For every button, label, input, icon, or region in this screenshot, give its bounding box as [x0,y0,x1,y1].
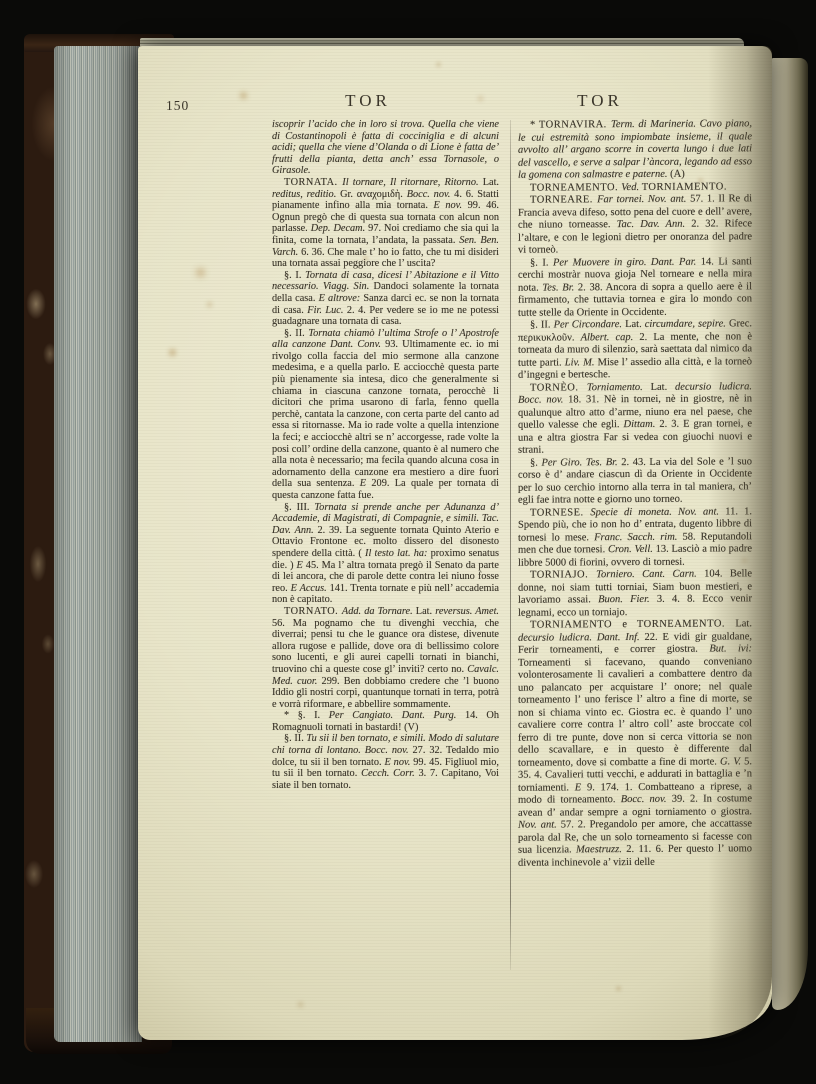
text-segment: 6. 36. Che male t’ ho io fatto, che tu m… [272,247,499,270]
text-segment: Far tornei. Nov. ant. [597,194,690,206]
text-segment: * §. I. [284,710,329,721]
text-segment: Liv. M. [565,357,598,368]
running-head-right: TOR [530,91,670,111]
paragraph: TORNATO. Add. da Tornare. Lat. reversus.… [272,606,499,710]
facing-page-edge [772,58,808,1010]
text-segment: Tes. Br. [542,282,578,293]
text-segment: E nov. [434,200,468,211]
text-segment: Cron. Vell. [608,544,656,555]
text-segment: reditus, reditio. [272,189,340,200]
entry-headword: TORNESE. [530,507,590,518]
entry-headword: TORNIAMENTO [530,619,622,631]
text-segment: Bocc. nov. [621,794,672,805]
paragraph: iscoprir l’acido che in loro si trova. Q… [272,119,499,177]
running-head-left: TOR [288,91,448,111]
text-segment: Albert. cap. [581,331,640,342]
text-segment: decursio ludicra. Dant. Inf. [518,631,644,643]
text-segment: Add. da Tornare. [342,606,416,617]
paragraph: §. II. Tornata chiamò l’ultima Strofe o … [272,328,499,502]
text-segment: (A) [670,169,685,180]
text-segment: Ved. [621,181,641,192]
text-segment: 93. Ultimamente ec. io mi rivolgo colla … [272,339,499,489]
text-segment: Franc. Sacch. rim. [594,531,682,543]
text-segment: Lat. [651,381,675,392]
entry-headword: TORNIAJO. [530,569,596,580]
text-segment: E [575,782,587,793]
text-segment: §. I. [530,257,553,268]
text-segment: Fir. Luc. [307,305,347,316]
page-number: 150 [166,98,189,114]
book-page: 150 TOR TOR iscoprir l’acido che in loro… [138,46,772,1040]
text-segment: Nov. ant. [518,819,561,830]
text-segment: Maestruzz. [576,844,626,855]
text-segment: Buon. Fier. [598,594,657,605]
text-segment: §. II. [284,328,308,339]
column-left: iscoprir l’acido che in loro si trova. Q… [272,119,499,791]
text-segment: Torniero. Cant. Carn. [596,569,704,581]
text-segment: E Accus. [291,583,330,594]
page-edges [54,46,142,1042]
text-segment: Bocc. nov. [407,189,454,200]
text-segment: §. II. [284,733,306,744]
text-segment: Dep. Decam. [311,223,368,234]
entry-headword: TORNÈO. [530,382,587,393]
paragraph: * §. I. Per Cangiato. Dant. Purg. 14. Oh… [272,710,499,733]
text-segment: Lat. [416,606,435,617]
text-segment: Per Giro. Tes. Br. [541,457,621,468]
text-segment: iscoprir l’acido che in loro si trova. Q… [272,119,499,176]
entry-headword: TORNEARE. [530,194,597,205]
text-segment: §. I. [284,270,305,281]
text-segment: E altrove: [319,293,364,304]
entry-headword: TORNATA. [284,177,342,188]
text-segment: Il testo lat. ha: [365,548,431,559]
text-segment: Per Cangiato. Dant. Purg. [329,710,465,721]
text-segment: Cecch. Corr. [361,768,418,779]
foxing-spots [138,46,139,47]
text-segment: Gr. αναχομιδὴ. [340,189,407,200]
text-segment: Torniamento. [587,381,651,392]
entry-headword: TORNATO. [284,606,342,617]
text-segment: Il tornare, Il ritornare, Ritorno. [342,177,482,188]
paragraph: TORNATA. Il tornare, Il ritornare, Ritor… [272,177,499,270]
text-segment: Lat. [625,319,645,330]
photo-background: 150 TOR TOR iscoprir l’acido che in loro… [0,0,816,1084]
entry-headword: TORNAVIRA. [539,119,611,130]
text-segment: E [360,478,372,489]
gutter-shadow [708,46,772,1040]
text-segment: Tac. Dav. Ann. [617,219,692,230]
text-segment: §. [530,457,541,468]
paragraph: §. III. Tornata si prende anche per Adun… [272,502,499,606]
text-segment: * [530,120,539,131]
text-segment: Dittam. [624,419,660,430]
text-segment: Per Muovere in giro. Dant. Par. [553,256,701,268]
text-segment: 56. Ma pognamo che tu divenghi vecchia, … [272,618,499,675]
text-segment: e [622,619,636,630]
paragraph: §. I. Tornata di casa, dicesi l’ Abitazi… [272,270,499,328]
text-segment: Per Circondare. [554,319,626,330]
text-segment: E [297,560,306,571]
text-segment: §. II. [530,319,554,330]
text-segment: Specie di moneta. Nov. ant. [590,506,725,518]
text-segment: Lat. [483,177,499,188]
paragraph: §. II. Tu sii il ben tornato, e simili. … [272,733,499,791]
column-rule [510,120,511,970]
entry-headword: TORNEAMENTO. [530,182,621,194]
text-segment: reversus. Amet. [435,606,499,617]
text-segment: §. III. [284,502,314,513]
text-segment: E nov. [384,757,413,768]
